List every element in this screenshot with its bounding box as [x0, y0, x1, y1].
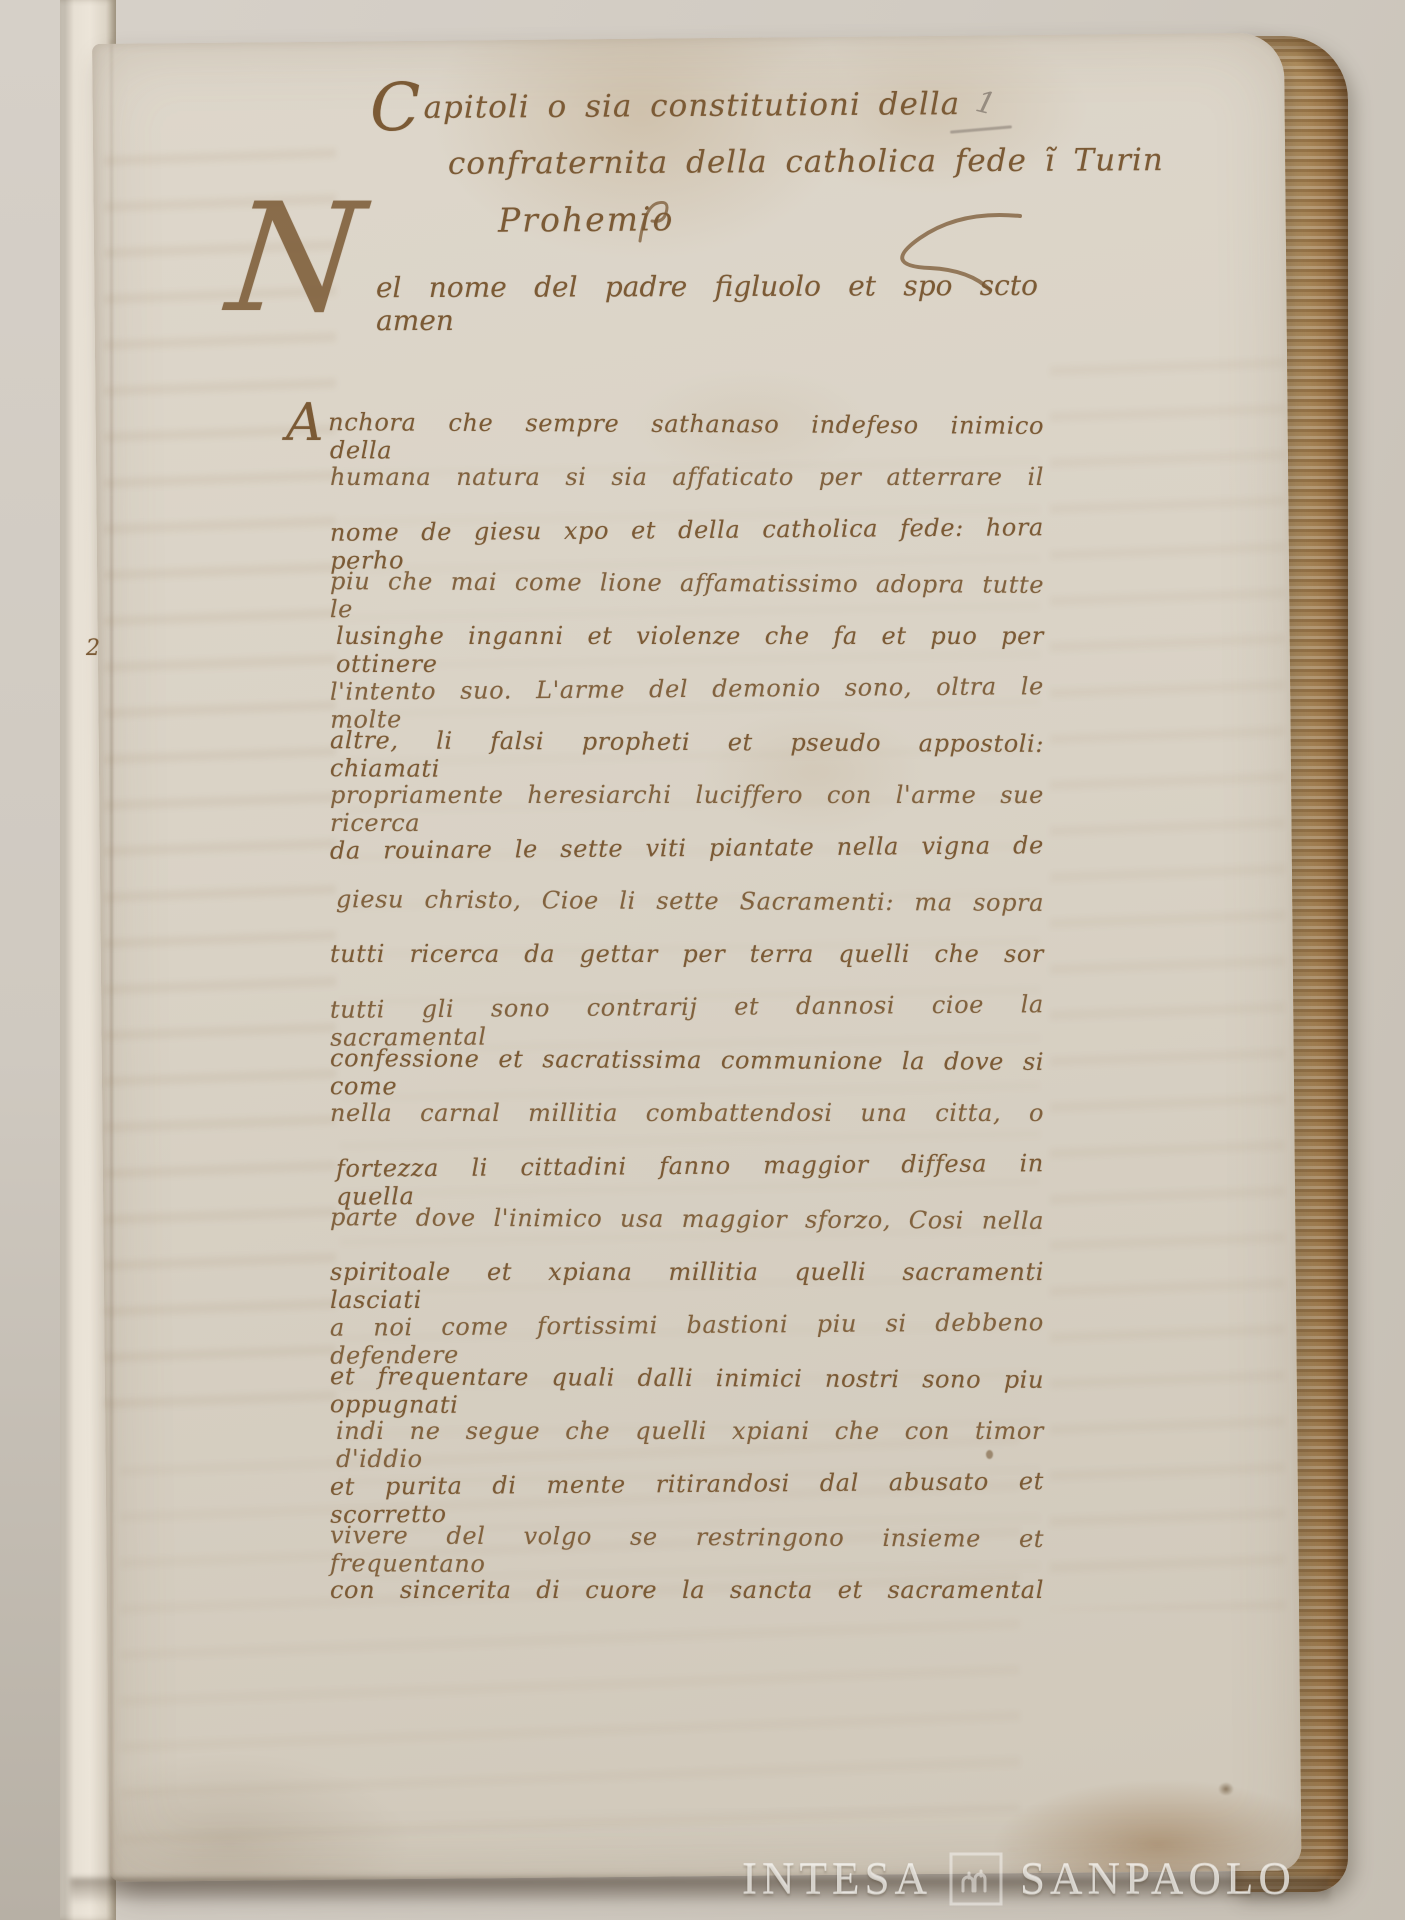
- body-line: l'intento suo. L'arme del demonio sono, …: [330, 672, 1044, 731]
- title-line-2: confraternita della catholica fede ĩ Tur…: [448, 142, 1164, 182]
- body-line: fortezza li cittadini fanno maggior diff…: [330, 1149, 1044, 1208]
- body-line: confessione et sacratissima communione l…: [330, 1044, 1044, 1101]
- title-initial: C: [370, 69, 422, 146]
- body-line: tutti gli sono contrarij et dannosi cioe…: [330, 990, 1044, 1049]
- body-line: da rouinare le sette viti piantate nella…: [330, 831, 1044, 890]
- body-line: lusinghe inganni et violenze che fa et p…: [330, 622, 1044, 675]
- invocation-initial: N: [222, 184, 369, 334]
- watermark-intesa: INTESA: [742, 1853, 932, 1905]
- body-line: tutti ricerca da gettar per terra quelli…: [330, 940, 1044, 993]
- body-line-text: nchora che sempre sathanaso indefeso ini…: [328, 408, 1044, 464]
- manuscript-photo: 1 2 Capitoli o sia constitutioni della c…: [0, 0, 1405, 1920]
- body-line: spiritoale et xpiana millitia quelli sac…: [330, 1258, 1044, 1311]
- body-line: propriamente heresiarchi luciffero con l…: [330, 781, 1044, 834]
- body-line: nella carnal millitia combattendosi una …: [330, 1099, 1044, 1152]
- pen-flourish: [630, 196, 690, 256]
- pen-flourish: [850, 208, 1030, 298]
- body-line: nome de giesu xpo et della catholica fed…: [330, 513, 1044, 572]
- title-line-1: Capitoli o sia constitutioni della: [370, 86, 1010, 126]
- intesa-sanpaolo-watermark: INTESA SANPAOLO: [742, 1848, 1402, 1910]
- watermark-sanpaolo: SANPAOLO: [1020, 1853, 1296, 1905]
- margin-number: 2: [86, 636, 100, 661]
- scan-backdrop: [0, 0, 64, 1920]
- body-line: a noi come fortissimi bastioni piu si de…: [330, 1308, 1044, 1367]
- body-line: et frequentare quali dalli inimici nostr…: [330, 1362, 1044, 1419]
- intesa-sanpaolo-logo-icon: [948, 1851, 1004, 1907]
- show-through-text: [1050, 330, 1285, 1610]
- body-paragraph: Anchora che sempre sathanaso indefeso in…: [330, 410, 1044, 1629]
- body-line: giesu christo, Cioe li sette Sacramenti:…: [330, 885, 1044, 942]
- body-line: Anchora che sempre sathanaso indefeso in…: [330, 408, 1044, 465]
- body-initial: A: [286, 393, 324, 453]
- body-line: con sincerita di cuore la sancta et sacr…: [330, 1576, 1044, 1629]
- body-line: vivere del volgo se restringono insieme …: [330, 1521, 1044, 1578]
- body-line: indi ne segue che quelli xpiani che con …: [330, 1417, 1044, 1470]
- ink-smudge: [1218, 1782, 1234, 1796]
- body-line: parte dove l'inimico usa maggior sforzo,…: [330, 1203, 1044, 1260]
- body-line: altre, li falsi propheti et pseudo appos…: [330, 726, 1044, 783]
- title-line-1-text: apitoli o sia constitutioni della: [423, 86, 960, 126]
- ink-dot: [986, 1450, 993, 1459]
- body-line: humana natura si sia affaticato per atte…: [330, 463, 1044, 516]
- body-line: et purita di mente ritirandosi dal abusa…: [330, 1467, 1044, 1526]
- body-line: piu che mai come lione affamatissimo ado…: [330, 567, 1044, 624]
